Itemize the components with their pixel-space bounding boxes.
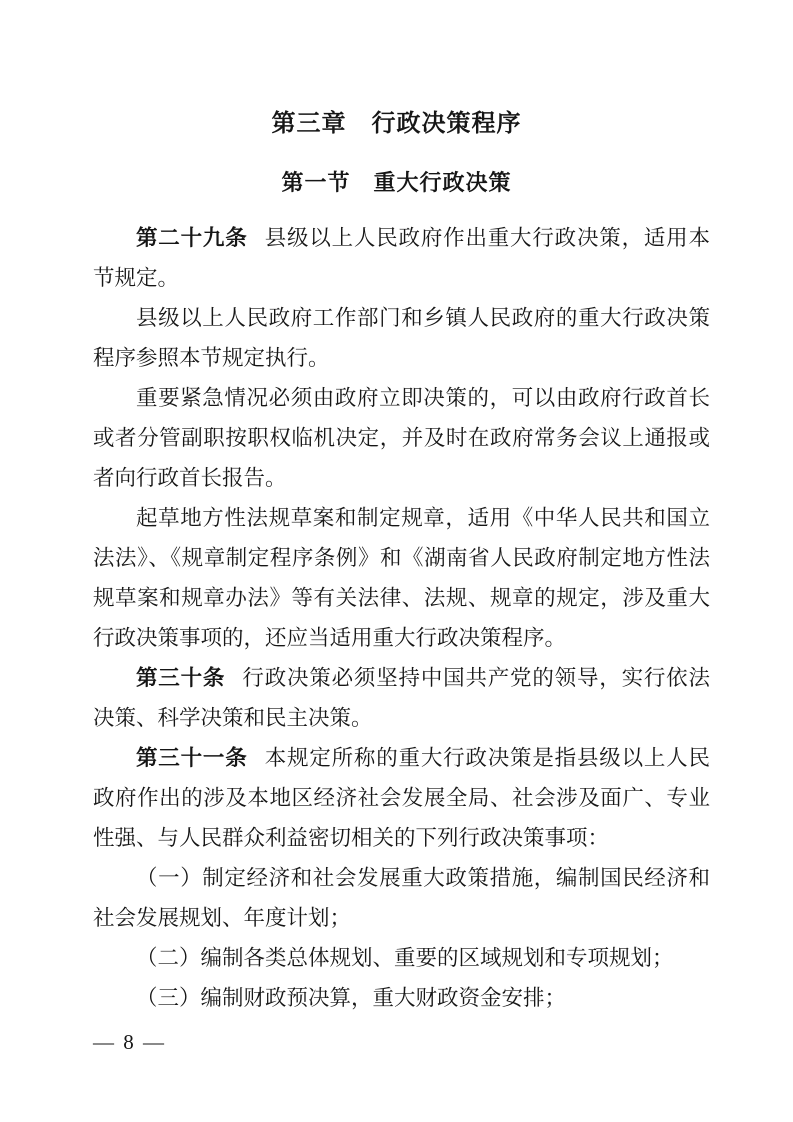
paragraph-text: 起草地方性法规草案和制定规章，适用《中华人民共和国立法法》、《规章制定程序条例》… bbox=[93, 506, 710, 650]
document-page: 第三章 行政决策程序 第一节 重大行政决策 第二十九条县级以上人民政府作出重大行… bbox=[0, 0, 793, 1122]
paragraph: 起草地方性法规草案和制定规章，适用《中华人民共和国立法法》、《规章制定程序条例》… bbox=[93, 498, 710, 658]
list-item-paragraph: （一）制定经济和社会发展重大政策措施，编制国民经济和社会发展规划、年度计划； bbox=[93, 858, 710, 938]
paragraph: 县级以上人民政府工作部门和乡镇人民政府的重大行政决策程序参照本节规定执行。 bbox=[93, 298, 710, 378]
document-body: 第二十九条县级以上人民政府作出重大行政决策，适用本节规定。 县级以上人民政府工作… bbox=[93, 218, 710, 1018]
paragraph-text: （二）编制各类总体规划、重要的区域规划和专项规划； bbox=[136, 946, 674, 970]
article-number: 第二十九条 bbox=[136, 226, 248, 250]
page-number: — 8 — bbox=[93, 1028, 166, 1056]
article-number: 第三十条 bbox=[136, 666, 225, 690]
paragraph-text: 县级以上人民政府工作部门和乡镇人民政府的重大行政决策程序参照本节规定执行。 bbox=[93, 306, 710, 370]
paragraph: 重要紧急情况必须由政府立即决策的，可以由政府行政首长或者分管副职按职权临机决定，… bbox=[93, 378, 710, 498]
list-item-paragraph: （二）编制各类总体规划、重要的区域规划和专项规划； bbox=[93, 938, 710, 978]
article-number: 第三十一条 bbox=[136, 746, 248, 770]
section-heading: 第一节 重大行政决策 bbox=[0, 168, 793, 198]
list-item-paragraph: （三）编制财政预决算，重大财政资金安排； bbox=[93, 978, 710, 1018]
article-paragraph: 第三十一条本规定所称的重大行政决策是指县级以上人民政府作出的涉及本地区经济社会发… bbox=[93, 738, 710, 858]
paragraph-text: （三）编制财政预决算，重大财政资金安排； bbox=[136, 986, 566, 1010]
article-paragraph: 第三十条行政决策必须坚持中国共产党的领导，实行依法决策、科学决策和民主决策。 bbox=[93, 658, 710, 738]
article-paragraph: 第二十九条县级以上人民政府作出重大行政决策，适用本节规定。 bbox=[93, 218, 710, 298]
chapter-heading: 第三章 行政决策程序 bbox=[0, 0, 793, 142]
paragraph-text: 重要紧急情况必须由政府立即决策的，可以由政府行政首长或者分管副职按职权临机决定，… bbox=[93, 386, 710, 490]
paragraph-text: （一）制定经济和社会发展重大政策措施，编制国民经济和社会发展规划、年度计划； bbox=[93, 866, 710, 930]
